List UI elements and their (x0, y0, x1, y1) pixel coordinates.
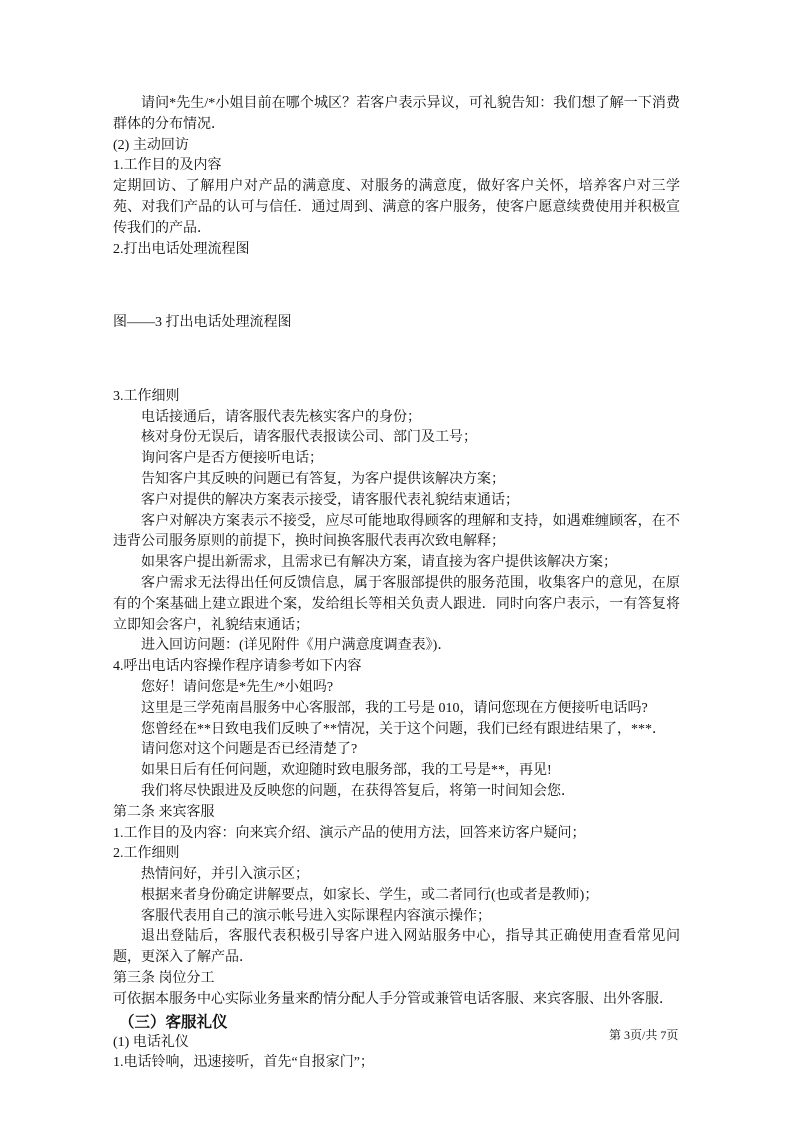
indented-line: 根据来者身份确定讲解要点，如家长、学生，或二者同行(也或者是教师)； (113, 886, 680, 907)
indented-line: 您曾经在**日致电我们反映了**情况，关于这个问题，我们已经有跟进结果了，***… (113, 720, 680, 741)
text-line: 1.电话铃响，迅速接听，首先“自报家门”； (113, 1053, 680, 1074)
text-line: 可依据本服务中心实际业务量来酌情分配人手分管或兼管电话客服、来宾客服、出外客服． (113, 990, 680, 1011)
text-line: 2.工作细则 (113, 844, 680, 865)
blank-line (113, 276, 680, 297)
indented-line: 核对身份无误后，请客服代表报读公司、部门及工号； (113, 428, 680, 449)
text-line: 第三条 岗位分工 (113, 969, 680, 990)
text-line: (2) 主动回访 (113, 136, 680, 157)
indented-line: 热情问好，并引入演示区； (113, 865, 680, 886)
indented-line: 询问客户是否方便接听电话； (113, 449, 680, 470)
blank-line (113, 350, 680, 371)
document-body: 请问*先生/*小姐目前在哪个城区？若客户表示异议，可礼貌告知：我们想了解一下消费… (113, 94, 680, 1074)
text-line: 第二条 来宾客服 (113, 803, 680, 824)
text-line: 1.工作目的及内容：向来宾介绍、演示产品的使用方法，回答来访客户疑问； (113, 824, 680, 845)
indented-line: 我们将尽快跟进及反映您的问题，在获得答复后，将第一时间知会您． (113, 782, 680, 803)
indented-paragraph: 请问*先生/*小姐目前在哪个城区？若客户表示异议，可礼貌告知：我们想了解一下消费… (113, 94, 680, 136)
indented-line: 告知客户其反映的问题已有答复，为客户提供该解决方案； (113, 470, 680, 491)
text-line: 3.工作细则 (113, 387, 680, 408)
indented-line: 请问您对这个问题是否已经清楚了? (113, 740, 680, 761)
indented-paragraph: 客户对解决方案表示不接受，应尽可能地取得顾客的理解和支持，如遇难缠顾客，在不违背… (113, 512, 680, 554)
indented-line: 进入回访问题：(详见附件《用户满意度调查表》)． (113, 636, 680, 657)
indented-line: 您好！请问您是*先生/*小姐吗? (113, 678, 680, 699)
indented-line: 如果客户提出新需求，且需求已有解决方案，请直接为客户提供该解决方案； (113, 553, 680, 574)
section-heading: （三）客服礼仪 (113, 1011, 680, 1033)
indented-line: 如果日后有任何问题，欢迎随时致电服务部，我的工号是**，再见! (113, 761, 680, 782)
paragraph: 定期回访、了解用户对产品的满意度、对服务的满意度，做好客户关怀，培养客户对三学苑… (113, 177, 680, 239)
indented-line: 电话接通后，请客服代表先核实客户的身份； (113, 408, 680, 429)
text-line: (1) 电话礼仪 (113, 1033, 680, 1054)
indented-paragraph: 客户需求无法得出任何反馈信息，属于客服部提供的服务范围，收集客户的意见，在原有的… (113, 574, 680, 636)
text-line: 图——3 打出电话处理流程图 (113, 313, 680, 334)
text-line: 2.打出电话处理流程图 (113, 240, 680, 261)
page-number-footer: 第 3页/共 7页 (609, 1026, 678, 1043)
text-line: 4.呼出电话内容操作程序请参考如下内容 (113, 657, 680, 678)
indented-line: 客服代表用自己的演示帐号进入实际课程内容演示操作； (113, 907, 680, 928)
indented-line: 客户对提供的解决方案表示接受，请客服代表礼貌结束通话； (113, 491, 680, 512)
indented-line: 这里是三学苑南昌服务中心客服部，我的工号是 010，请问您现在方便接听电话吗? (113, 699, 680, 720)
indented-paragraph: 退出登陆后，客服代表积极引导客户进入网站服务中心，指导其正确使用查看常见问题，更… (113, 927, 680, 969)
text-line: 1.工作目的及内容 (113, 156, 680, 177)
